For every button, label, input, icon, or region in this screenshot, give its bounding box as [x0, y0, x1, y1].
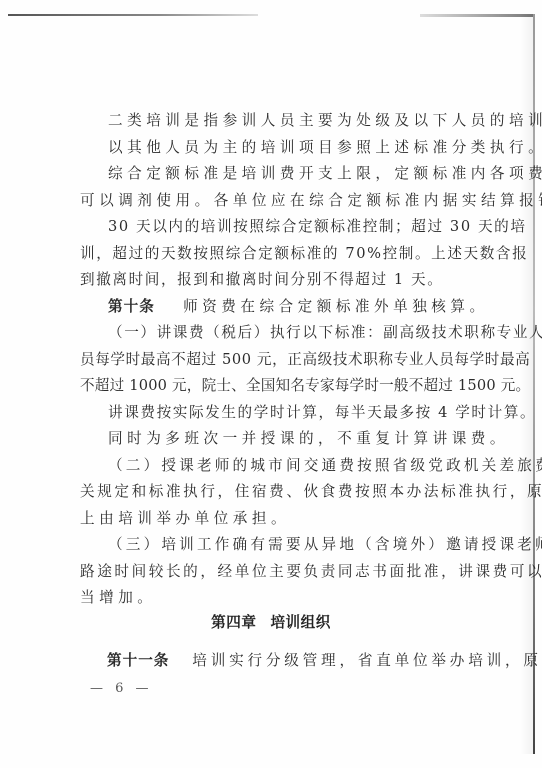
paragraph-line: 训，超过的天数按照综合定额标准的 70%控制。上述天数含报: [80, 241, 470, 268]
article-11-line: 第十一条 培训实行分级管理，省直单位举办培训，原则上: [107, 648, 542, 674]
paragraph-line: 不超过 1000 元，院士、全国知名专家每学时一般不超过 1500 元。: [80, 373, 470, 400]
chapter-title: 培训组织: [270, 614, 330, 631]
chapter-heading: 第四章培训组织: [0, 611, 542, 632]
paragraph-line: 可以调剂使用。各单位应在综合定额标准内据实结算报销。: [80, 188, 470, 215]
paragraph-line: （一）讲课费（税后）执行以下标准：副高级技术职称专业人: [80, 320, 470, 347]
article-label: 第十条: [108, 298, 155, 315]
paragraph-line: 综合定额标准是培训费开支上限，定额标准内各项费用之间: [80, 161, 470, 188]
paragraph-line: 到撤离时间，报到和撤离时间分别不得超过 1 天。: [80, 267, 470, 294]
page-number: — 6 —: [90, 681, 153, 696]
paragraph-line: 员每学时最高不超过 500 元，正高级技术职称专业人员每学时最高: [80, 347, 470, 374]
article-label: 第十一条: [107, 652, 169, 669]
paragraph-line: 二类培训是指参训人员主要为处级及以下人员的培训项目。: [80, 108, 470, 135]
paragraph-line: 路途时间较长的，经单位主要负责同志书面批准，讲课费可以适: [80, 559, 470, 586]
paragraph-line: 当增加。: [80, 585, 470, 612]
article-text: 师资费在综合定额标准外单独核算。: [183, 298, 489, 315]
paragraph-line: （二）授课老师的城市间交通费按照省级党政机关差旅费有: [80, 453, 470, 480]
scan-edge-top-right: [420, 14, 535, 17]
body-text: 二类培训是指参训人员主要为处级及以下人员的培训项目。 以其他人员为主的培训项目参…: [80, 108, 470, 612]
paragraph-line: 30 天以内的培训按照综合定额标准控制；超过 30 天的培: [80, 214, 470, 241]
scan-edge-top-left: [8, 14, 258, 16]
document-page: 二类培训是指参训人员主要为处级及以下人员的培训项目。 以其他人员为主的培训项目参…: [0, 0, 542, 768]
article-text: 培训实行分级管理，省直单位举办培训，原则上: [192, 652, 542, 669]
paragraph-line: （三）培训工作确有需要从异地（含境外）邀请授课老师，: [80, 532, 470, 559]
paragraph-line: 关规定和标准执行，住宿费、伙食费按照本办法标准执行，原则: [80, 479, 470, 506]
paragraph-line: 讲课费按实际发生的学时计算，每半天最多按 4 学时计算。: [80, 400, 470, 427]
article-10-line: 第十条 师资费在综合定额标准外单独核算。: [80, 294, 470, 321]
chapter-number: 第四章: [211, 614, 256, 631]
paragraph-line: 以其他人员为主的培训项目参照上述标准分类执行。: [80, 135, 470, 162]
paragraph-line: 同时为多班次一并授课的，不重复计算讲课费。: [80, 426, 470, 453]
paragraph-line: 上由培训举办单位承担。: [80, 506, 470, 533]
